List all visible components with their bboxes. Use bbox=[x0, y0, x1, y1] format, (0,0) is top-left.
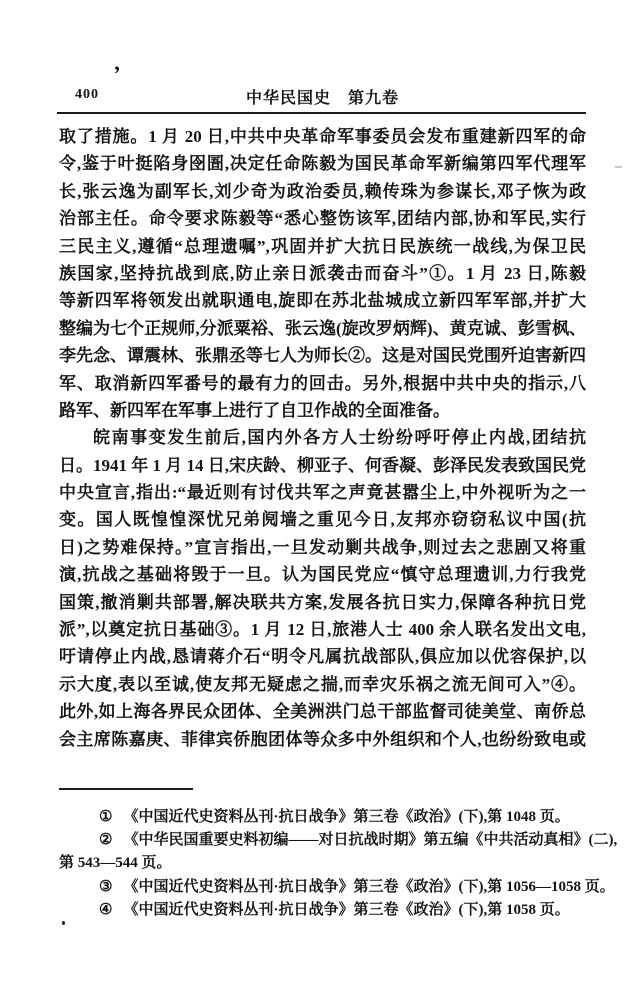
ink-dot-artifact bbox=[62, 921, 65, 925]
footnote-line: ②《中华民国重要史料初编——对日抗战时期》第五编《中共活动真相》(二), bbox=[59, 829, 589, 852]
footnote-marker: ③ bbox=[99, 879, 112, 895]
footnote-text: 《中华民国重要史料初编——对日抗战时期》第五编《中共活动真相》(二), bbox=[123, 832, 617, 848]
body-line: 族国家,坚持抗战到底,防止亲日派袭击而奋斗”①。1 月 23 日,陈毅 bbox=[59, 260, 586, 287]
body-line: 长,张云逸为副军长,刘少奇为政治委员,赖传珠为参谋长,邓子恢为政 bbox=[59, 178, 586, 205]
body-line: 演,抗战之基础将毁于一旦。认为国民党应“慎守总理遗训,力行我党 bbox=[59, 561, 586, 588]
footnote-line: ③《中国近代史资料丛刊·抗日战争》第三卷《政治》(下),第 1056—1058 … bbox=[59, 876, 589, 899]
footnote-marker: ④ bbox=[99, 902, 112, 918]
footnote-marker: ① bbox=[99, 809, 112, 825]
footnote-continuation-line: 第 543—544 页。 bbox=[59, 852, 589, 875]
body-line: 令,鉴于叶挺陷身囹圄,决定任命陈毅为国民革命军新编第四军代理军 bbox=[59, 150, 586, 177]
body-line: 中央宣言,指出:“最近则有讨伐共军之声竟甚嚣尘上,中外视听为之一 bbox=[59, 479, 586, 506]
body-line: 变。国人既惶惶深忧兄弟阋墙之重见今日,友邦亦窃窃私议中国(抗 bbox=[59, 506, 586, 533]
footnotes: ①《中国近代史资料丛刊·抗日战争》第三卷《政治》(下),第 1048 页。 ②《… bbox=[59, 806, 589, 922]
body-line: 军、取消新四军番号的最有力的回击。另外,根据中共中央的指示,八 bbox=[59, 370, 586, 397]
body-line: 取了措施。1 月 20 日,中共中央革命军事委员会发布重建新四军的命 bbox=[59, 123, 586, 150]
body-line: 李先念、谭震林、张鼎丞等七人为师长②。这是对国民党围歼迫害新四 bbox=[59, 342, 586, 369]
body-line: 派”,以奠定抗日基础③。1 月 12 日,旅港人士 400 余人联名发出文电, bbox=[59, 616, 586, 643]
body-text: 取了措施。1 月 20 日,中共中央革命军事委员会发布重建新四军的命 令,鉴于叶… bbox=[59, 123, 586, 753]
body-line: 治部主任。命令要求陈毅等“悉心整饬该军,团结内部,协和军民,实行 bbox=[59, 205, 586, 232]
body-line: 示大度,表以至诚,使友邦无疑虑之揣,而幸灾乐祸之流无间可入”④。 bbox=[59, 671, 586, 698]
footnote-text: 《中国近代史资料丛刊·抗日战争》第三卷《政治》(下),第 1058 页。 bbox=[123, 902, 569, 918]
body-line-paragraph-end: 路军、新四军在军事上进行了自卫作战的全面准备。 bbox=[59, 397, 586, 424]
footnote-text: 《中国近代史资料丛刊·抗日战争》第三卷《政治》(下),第 1048 页。 bbox=[123, 809, 569, 825]
body-line: 吁请停止内战,恳请蒋介石“明令凡属抗战部队,俱应加以优容保护,以 bbox=[59, 643, 586, 670]
body-line: 国策,撤消剿共部署,解决联共方案,发展各抗日实力,保障各种抗日党 bbox=[59, 589, 586, 616]
running-title: 中华民国史 第九卷 bbox=[59, 85, 586, 108]
footnote-line: ①《中国近代史资料丛刊·抗日战争》第三卷《政治》(下),第 1048 页。 bbox=[59, 806, 589, 829]
body-line: 日)之势难保持。”宣言指出,一旦发动剿共战争,则过去之悲剧又将重 bbox=[59, 534, 586, 561]
handwritten-pen-mark: ’ bbox=[113, 63, 123, 86]
scan-artifact-dash bbox=[615, 166, 622, 168]
book-page: ’ 400 中华民国史 第九卷 取了措施。1 月 20 日,中共中央革命军事委员… bbox=[0, 0, 644, 1000]
footnote-text: 《中国近代史资料丛刊·抗日战争》第三卷《政治》(下),第 1056—1058 页… bbox=[123, 879, 614, 895]
body-line: 此外,如上海各界民众团体、全美洲洪门总干部监督司徒美堂、南侨总 bbox=[59, 698, 586, 725]
footnote-marker: ② bbox=[99, 832, 112, 848]
header-divider bbox=[57, 112, 586, 114]
footnote-text: 第 543—544 页。 bbox=[59, 855, 172, 871]
footnote-divider bbox=[59, 788, 193, 790]
footnote-line: ④《中国近代史资料丛刊·抗日战争》第三卷《政治》(下),第 1058 页。 bbox=[59, 899, 589, 922]
body-line: 整编为七个正规师,分派粟裕、张云逸(旋改罗炳辉)、黄克诚、彭雪枫、 bbox=[59, 315, 586, 342]
body-line-paragraph-start: 皖南事变发生前后,国内外各方人士纷纷呼吁停止内战,团结抗 bbox=[59, 424, 586, 451]
body-line: 三民主义,遵循“总理遗嘱”,巩固并扩大抗日民族统一战线,为保卫民 bbox=[59, 233, 586, 260]
body-line: 会主席陈嘉庚、菲律宾侨胞团体等众多中外组织和个人,也纷纷致电或 bbox=[59, 726, 586, 753]
body-line: 日。1941 年 1 月 14 日,宋庆龄、柳亚子、何香凝、彭泽民发表致国民党 bbox=[59, 452, 586, 479]
body-line: 等新四军将领发出就职通电,旋即在苏北盐城成立新四军军部,并扩大 bbox=[59, 287, 586, 314]
